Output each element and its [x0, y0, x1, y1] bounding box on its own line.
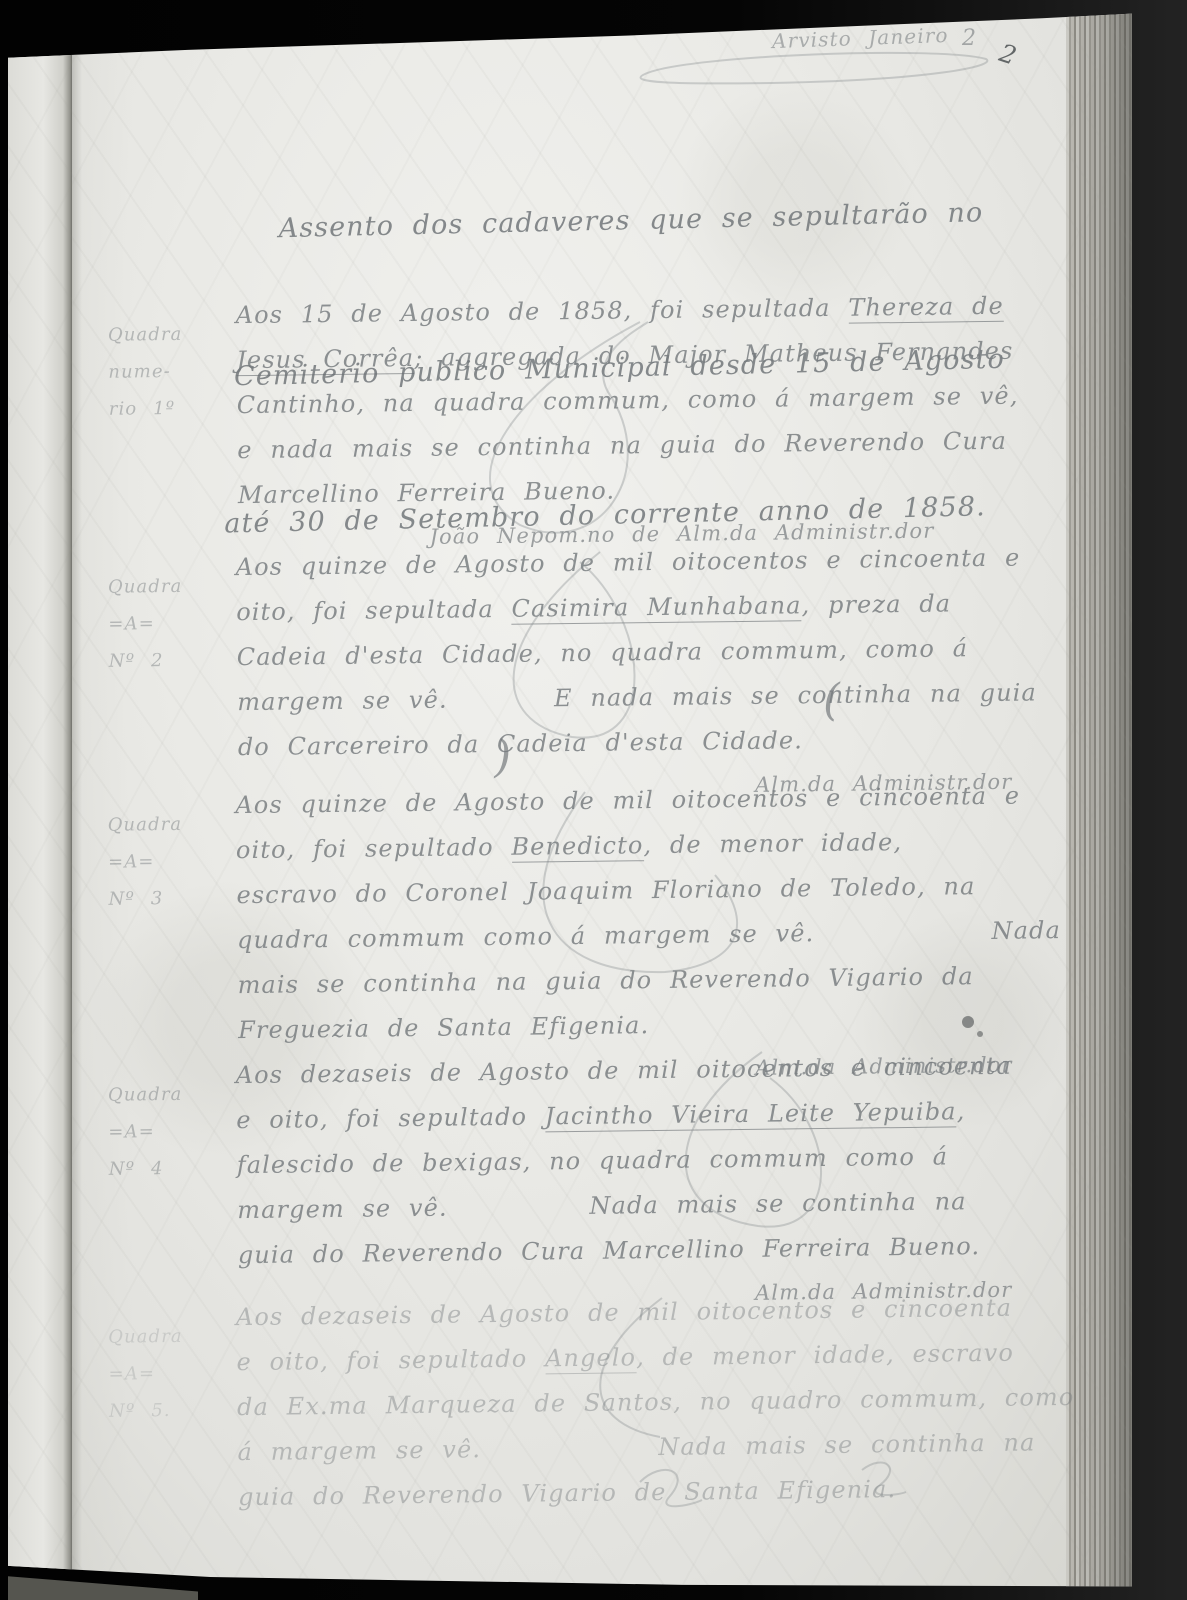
register-entry: Quadra=A=Nº 5.Aos dezaseis de Agosto de …: [236, 1285, 1085, 1520]
page-number: 2: [962, 26, 977, 51]
entry-text: margem se vê. Nada mais se continha na: [237, 1187, 967, 1224]
entry-text: e oito, foi sepultado: [236, 1102, 545, 1134]
entry-text: falescido de bexigas, no quadra commum c…: [237, 1142, 949, 1179]
entry-text: , preza da: [801, 589, 951, 619]
margin-note-line: =A=: [108, 1354, 224, 1392]
margin-note-line: =A=: [108, 604, 224, 642]
entry-text: ; aggregada do Major Matheus Fernandes: [414, 337, 1014, 372]
entry-text: á margem se vê. Nada mais se continha na: [237, 1428, 1035, 1466]
entry-text: do Carcereiro da Cadeia d'esta Cidade.: [238, 726, 803, 761]
left-fold-edge: [8, 12, 72, 1588]
entry-text: Aos 15 de Agosto de 1858, foi sepultada: [235, 294, 848, 329]
entry-text: escravo do Coronel Joaquim Floriano de T…: [236, 872, 975, 909]
underlined-name: Casimira Munhabana: [511, 591, 801, 625]
entry-text: guia do Reverendo Vigario de Santa Efige…: [238, 1475, 896, 1511]
register-entry: Quadra=A=Nº 2Aos quinze de Agosto de mil…: [235, 535, 1084, 812]
underlined-name: Benedicto: [511, 831, 643, 863]
underlined-name: Jacintho Vieira Leite Yepuiba: [545, 1097, 957, 1132]
entry-text: Marcellino Ferreira Bueno.: [238, 477, 616, 510]
title-line: Assento dos cadaveres que se sepultarão …: [217, 187, 1058, 255]
entry-text: Freguezia de Santa Efigenia.: [238, 1011, 649, 1044]
entry-text: oito, foi sepultado: [236, 833, 512, 864]
margin-note-line: =A=: [108, 842, 224, 880]
entry-text: oito, foi sepultada: [236, 595, 512, 626]
entry-text: Cadeia d'esta Cidade, no quadra commum, …: [237, 634, 969, 671]
entry-text: guia do Reverendo Cura Marcellino Ferrei…: [238, 1232, 981, 1269]
underlined-name: Angelo: [545, 1343, 636, 1374]
margin-note-line: Nº 3: [108, 879, 224, 917]
entry-text: e oito, foi sepultado: [236, 1344, 545, 1376]
margin-note-line: Quadra: [107, 805, 223, 843]
margin-note-line: Nº 5.: [109, 1391, 225, 1429]
entry-text: da Ex.ma Marqueza de Santos, no quadro c…: [237, 1383, 1075, 1421]
margin-note-line: Quadra: [108, 1317, 224, 1355]
margin-note: Quadra=A=Nº 3: [107, 805, 224, 917]
register-entry: Quadra=A=Nº 4Aos dezaseis de Agosto de m…: [235, 1043, 1084, 1320]
margin-note-line: rio 1º: [109, 389, 225, 427]
entry-text: quadra commum como á margem se vê. Nada: [237, 916, 1061, 954]
register-entry: Quadranume-rio 1ºAos 15 de Agosto de 185…: [235, 283, 1084, 560]
margin-note-line: Quadra: [108, 567, 224, 605]
margin-note: Quadra=A=Nº 5.: [108, 1317, 225, 1429]
margin-note: Quadra=A=Nº 2: [108, 567, 225, 679]
entry-text: , de menor idade, escravo: [636, 1339, 1014, 1372]
entry-text: margem se vê. E nada mais se continha na…: [237, 678, 1037, 716]
entry-text: ,: [956, 1097, 965, 1125]
margin-note: Quadranume-rio 1º: [108, 315, 225, 427]
margin-note-line: Quadra: [108, 315, 224, 353]
entry-text: Aos quinze de Agosto de mil oitocentos e…: [235, 544, 1020, 582]
entry-text: , de menor idade,: [643, 828, 902, 859]
underlined-name: Thereza de: [848, 292, 1004, 324]
entry-text: Aos quinze de Agosto de mil oitocentos e…: [235, 782, 1020, 820]
entry-text: e nada mais se continha na guia do Rever…: [237, 427, 1007, 464]
entry-text: Aos dezaseis de Agosto de mil oitocentos…: [236, 1294, 1012, 1331]
margin-note-line: Nº 2: [109, 641, 225, 679]
entry-text: Aos dezaseis de Agosto de mil oitocentos…: [235, 1052, 1011, 1089]
margin-note-line: Nº 4: [109, 1149, 225, 1187]
underlined-name: Jesus Corrêa: [236, 344, 414, 376]
entry-text: Cantinho, na quadra commum, como á marge…: [237, 382, 1019, 420]
margin-note: Quadra=A=Nº 4: [108, 1075, 225, 1187]
entry-text: mais se continha na guia do Reverendo Vi…: [237, 962, 973, 999]
margin-note-line: =A=: [108, 1112, 224, 1150]
margin-note-line: nume-: [108, 352, 224, 390]
margin-note-line: Quadra: [108, 1075, 224, 1113]
